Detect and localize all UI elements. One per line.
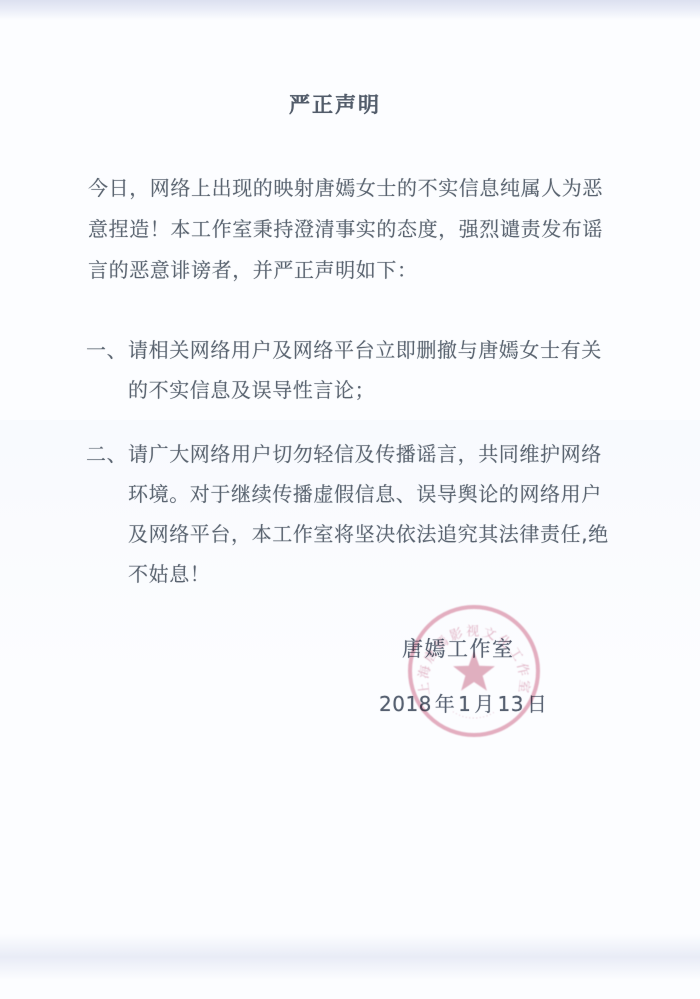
item-2-line: 环境。对于继续传播虚假信息、误导舆论的网络用户: [128, 474, 609, 514]
document-title: 严正声明: [0, 89, 685, 119]
intro-paragraph: 今日，网络上出现的映射唐嫣女士的不实信息纯属人为恶 意捏造！本工作室秉持澄清事实…: [88, 168, 603, 291]
statement-item-1: 一、 请相关网络用户及网络平台立即删撤与唐嫣女士有关 的不实信息及误导性言论；: [86, 330, 602, 410]
document-body: 严正声明 今日，网络上出现的映射唐嫣女士的不实信息纯属人为恶 意捏造！本工作室秉…: [0, 0, 700, 999]
statement-item-2: 二、 请广大网络用户切勿轻信及传播谣言，共同维护网络 环境。对于继续传播虚假信息…: [86, 434, 609, 594]
seal-serial-text: ·············: [450, 708, 498, 722]
item-1-text: 请相关网络用户及网络平台立即删撤与唐嫣女士有关 的不实信息及误导性言论；: [128, 330, 602, 410]
item-1-line: 的不实信息及误导性言论；: [128, 370, 602, 410]
item-2-text: 请广大网络用户切勿轻信及传播谣言，共同维护网络 环境。对于继续传播虚假信息、误导…: [128, 434, 609, 594]
item-2-line: 及网络平台，本工作室将坚决依法追究其法律责任,绝: [128, 514, 609, 554]
intro-line: 意捏造！本工作室秉持澄清事实的态度，强烈谴责发布谣: [88, 209, 603, 250]
intro-line: 言的恶意诽谤者，并严正声明如下：: [88, 250, 603, 291]
item-2-line: 不姑息！: [128, 554, 609, 594]
studio-seal-stamp: 上海唐嫣影视文化工作室 ·············: [402, 599, 546, 743]
intro-line: 今日，网络上出现的映射唐嫣女士的不实信息纯属人为恶: [88, 168, 603, 209]
star-icon: [453, 651, 495, 691]
item-2-marker: 二、: [86, 434, 128, 594]
item-1-marker: 一、: [86, 330, 128, 410]
item-1-line: 请相关网络用户及网络平台立即删撤与唐嫣女士有关: [128, 330, 602, 370]
scanned-statement-page: 严正声明 今日，网络上出现的映射唐嫣女士的不实信息纯属人为恶 意捏造！本工作室秉…: [0, 0, 700, 999]
item-2-line: 请广大网络用户切勿轻信及传播谣言，共同维护网络: [128, 434, 609, 474]
